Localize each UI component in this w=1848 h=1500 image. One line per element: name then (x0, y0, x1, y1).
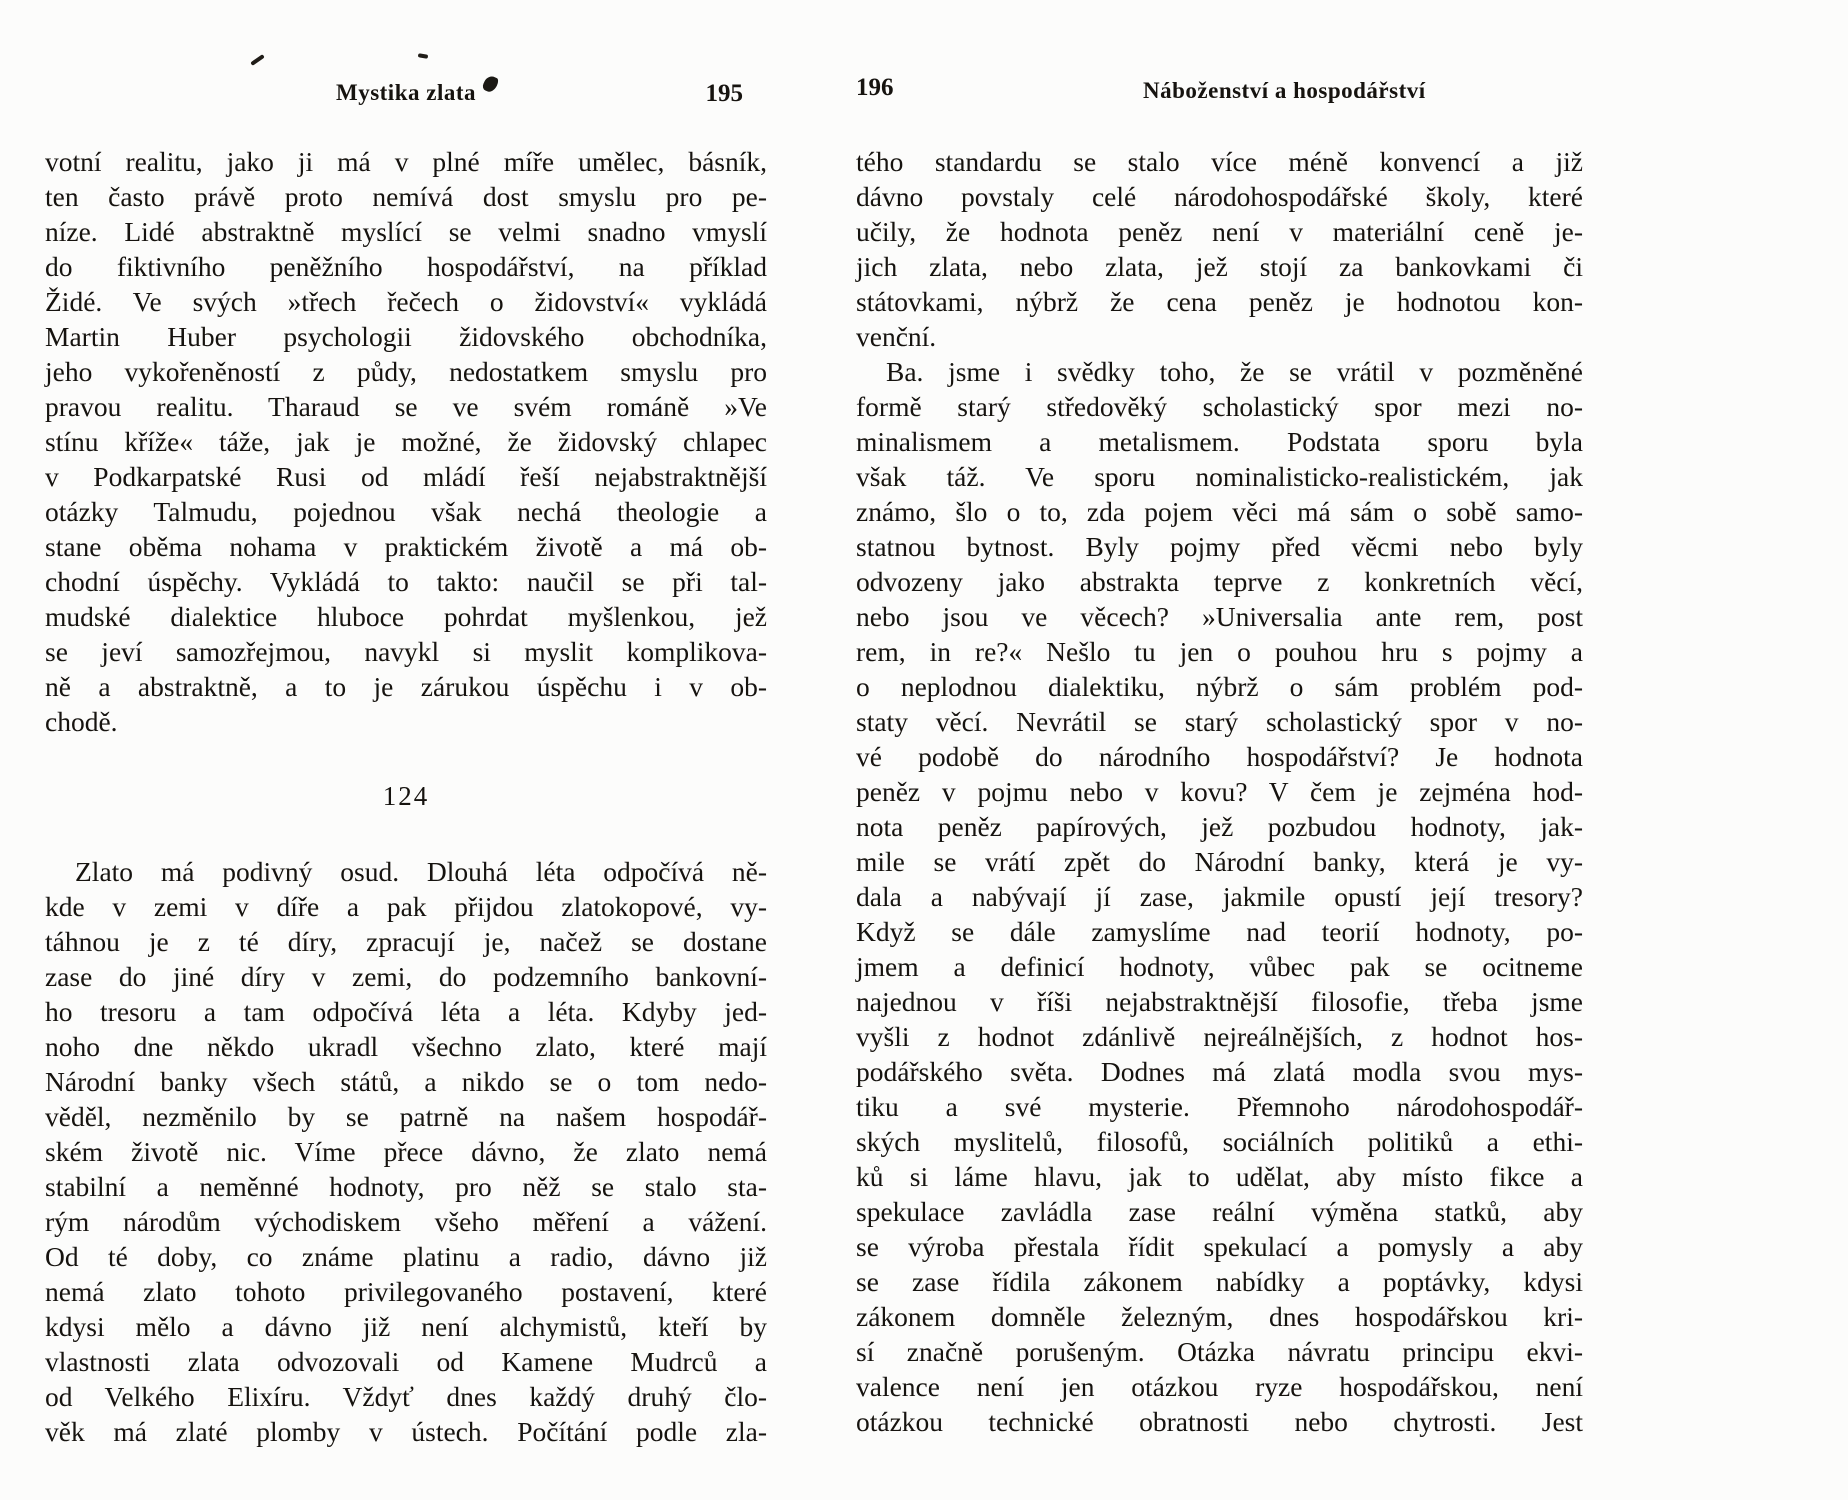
text-line: najednou v říši nejabstraktnější filosof… (856, 984, 1583, 1019)
scan-artifact-mark (418, 53, 429, 59)
text-line: jmem a definicí hodnoty, vůbec pak se oc… (856, 949, 1583, 984)
text-line: ně a abstraktně, a to je zárukou úspěchu… (45, 669, 767, 704)
text-line: se jeví samozřejmou, navykl si myslit ko… (45, 634, 767, 669)
text-line: však táž. Ve sporu nominalisticko-realis… (856, 459, 1583, 494)
text-line: kdysi mělo a dávno již není alchymistů, … (45, 1309, 767, 1344)
text-line: se výroba přestala řídit spekulací a pom… (856, 1229, 1583, 1264)
book-spread: Mystika zlata 195 votní realitu, jako ji… (0, 0, 1848, 1500)
text-line: ten často právě proto nemívá dost smyslu… (45, 179, 767, 214)
text-line: noho dne někdo ukradl všechno zlato, kte… (45, 1029, 767, 1064)
text-line: vlastnosti zlata odvozovali od Kamene Mu… (45, 1344, 767, 1379)
text-line: pravou realitu. Tharaud se ve svém román… (45, 389, 767, 424)
text-line: do fiktivního peněžního hospodářství, na… (45, 249, 767, 284)
text-line: od Velkého Elixíru. Vždyť dnes každý dru… (45, 1379, 767, 1414)
text-line: jeho vykořeněností z půdy, nedostatkem s… (45, 354, 767, 389)
text-line: minalismem a metalismem. Podstata sporu … (856, 424, 1583, 459)
text-line: chodě. (45, 704, 767, 739)
text-line: státovkami, nýbrž že cena peněz je hodno… (856, 284, 1583, 319)
text-line: peněz v pojmu nebo v kovu? V čem je zejm… (856, 774, 1583, 809)
text-line: ků si láme hlavu, jak to udělat, aby mís… (856, 1159, 1583, 1194)
text-line: Národní banky všech států, a nikdo se o … (45, 1064, 767, 1099)
text-line: nemá zlato tohoto privilegovaného postav… (45, 1274, 767, 1309)
text-line: věk má zlaté plomby v ústech. Počítání p… (45, 1414, 767, 1449)
text-line: známo, šlo o to, zda pojem věci má sám o… (856, 494, 1583, 529)
text-line: o neplodnou dialektiku, nýbrž o sám prob… (856, 669, 1583, 704)
text-line: níze. Lidé abstraktně myslící se velmi s… (45, 214, 767, 249)
text-line: Martin Huber psychologii židovského obch… (45, 319, 767, 354)
text-line: táhnou je z té díry, zpracují je, načež … (45, 924, 767, 959)
text-line: rým národům východiskem všeho měření a v… (45, 1204, 767, 1239)
text-line: ských myslitelů, filosofů, sociálních po… (856, 1124, 1583, 1159)
text-line: otázkou technické obratnosti nebo chytro… (856, 1404, 1583, 1439)
text-line: otázky Talmudu, pojednou však nechá theo… (45, 494, 767, 529)
right-header-title: Náboženství a hospodářství (1143, 78, 1426, 104)
text-line: se zase řídila zákonem nabídky a poptávk… (856, 1264, 1583, 1299)
text-line: kde v zemi v díře a pak přijdou zlatokop… (45, 889, 767, 924)
text-line: tiku a své mysterie. Přemnoho národohosp… (856, 1089, 1583, 1124)
right-page-body: tého standardu se stalo více méně konven… (856, 144, 1583, 1439)
text-line: ském životě nic. Víme přece dávno, že zl… (45, 1134, 767, 1169)
text-line: dala a nabývají jí zase, jakmile opustí … (856, 879, 1583, 914)
text-line: sí značně porušeným. Otázka návratu prin… (856, 1334, 1583, 1369)
right-paragraph-1: tého standardu se stalo více méně konven… (856, 144, 1583, 354)
page-left: Mystika zlata 195 votní realitu, jako ji… (45, 70, 767, 1449)
right-running-head: 196 Náboženství a hospodářství (856, 70, 1583, 144)
text-line: zákonem domněle železným, dnes hospodářs… (856, 1299, 1583, 1334)
left-header-title: Mystika zlata (45, 80, 767, 106)
text-line: jich zlata, nebo zlata, jež stojí za ban… (856, 249, 1583, 284)
text-line: Zlato má podivný osud. Dlouhá léta odpoč… (45, 854, 767, 889)
text-line: nota peněz papírových, jež pozbudou hodn… (856, 809, 1583, 844)
text-line: odvozeny jako abstrakta teprve z konkret… (856, 564, 1583, 599)
text-line: spekulace zavládla zase reální výměna st… (856, 1194, 1583, 1229)
text-line: dávno povstaly celé národohospodářské šk… (856, 179, 1583, 214)
text-line: formě starý středověký scholastický spor… (856, 389, 1583, 424)
text-line: vyšli z hodnot zdánlivě nejreálnějších, … (856, 1019, 1583, 1054)
text-line: učily, že hodnota peněz není v materiáln… (856, 214, 1583, 249)
left-paragraph-1: votní realitu, jako ji má v plné míře um… (45, 144, 767, 739)
text-line: nebo jsou ve věcech? »Universalia ante r… (856, 599, 1583, 634)
text-line: stínu kříže« táže, jak je možné, že žido… (45, 424, 767, 459)
left-running-head: Mystika zlata 195 (45, 70, 767, 144)
text-line: votní realitu, jako ji má v plné míře um… (45, 144, 767, 179)
text-line: chodní úspěchy. Vykládá to takto: naučil… (45, 564, 767, 599)
scan-artifact-mark (250, 54, 265, 66)
text-line: Když se dále zamyslíme nad teorií hodnot… (856, 914, 1583, 949)
text-line: ho tresoru a tam odpočívá léta a léta. K… (45, 994, 767, 1029)
page-right: 196 Náboženství a hospodářství tého stan… (856, 70, 1583, 1439)
left-paragraph-2: Zlato má podivný osud. Dlouhá léta odpoč… (45, 854, 767, 1449)
text-line: stane oběma nohama v praktickém životě a… (45, 529, 767, 564)
text-line: valence není jen otázkou ryze hospodářsk… (856, 1369, 1583, 1404)
right-paragraph-2: Ba. jsme i svědky toho, že se vrátil v p… (856, 354, 1583, 1439)
text-line: tého standardu se stalo více méně konven… (856, 144, 1583, 179)
right-page-number: 196 (856, 74, 894, 102)
text-line: venční. (856, 319, 1583, 354)
text-line: stabilní a neměnné hodnoty, pro něž se s… (45, 1169, 767, 1204)
left-page-number: 195 (706, 80, 744, 108)
text-line: Od té doby, co známe platinu a radio, dá… (45, 1239, 767, 1274)
text-line: Židé. Ve svých »třech řečech o židovství… (45, 284, 767, 319)
text-line: Ba. jsme i svědky toho, že se vrátil v p… (856, 354, 1583, 389)
section-number: 124 (45, 779, 767, 814)
text-line: věděl, nezměnilo by se patrně na našem h… (45, 1099, 767, 1134)
text-line: vé podobě do národního hospodářství? Je … (856, 739, 1583, 774)
text-line: zase do jiné díry v zemi, do podzemního … (45, 959, 767, 994)
text-line: staty věcí. Nevrátil se starý scholastic… (856, 704, 1583, 739)
text-line: mile se vrátí zpět do Národní banky, kte… (856, 844, 1583, 879)
text-line: statnou bytnost. Byly pojmy před věcmi n… (856, 529, 1583, 564)
text-line: mudské dialektice hluboce pohrdat myšlen… (45, 599, 767, 634)
text-line: podářského světa. Dodnes má zlatá modla … (856, 1054, 1583, 1089)
text-line: v Podkarpatské Rusi od mládí řeší nejabs… (45, 459, 767, 494)
left-page-body: votní realitu, jako ji má v plné míře um… (45, 144, 767, 1449)
text-line: rem, in re?« Nešlo tu jen o pouhou hru s… (856, 634, 1583, 669)
